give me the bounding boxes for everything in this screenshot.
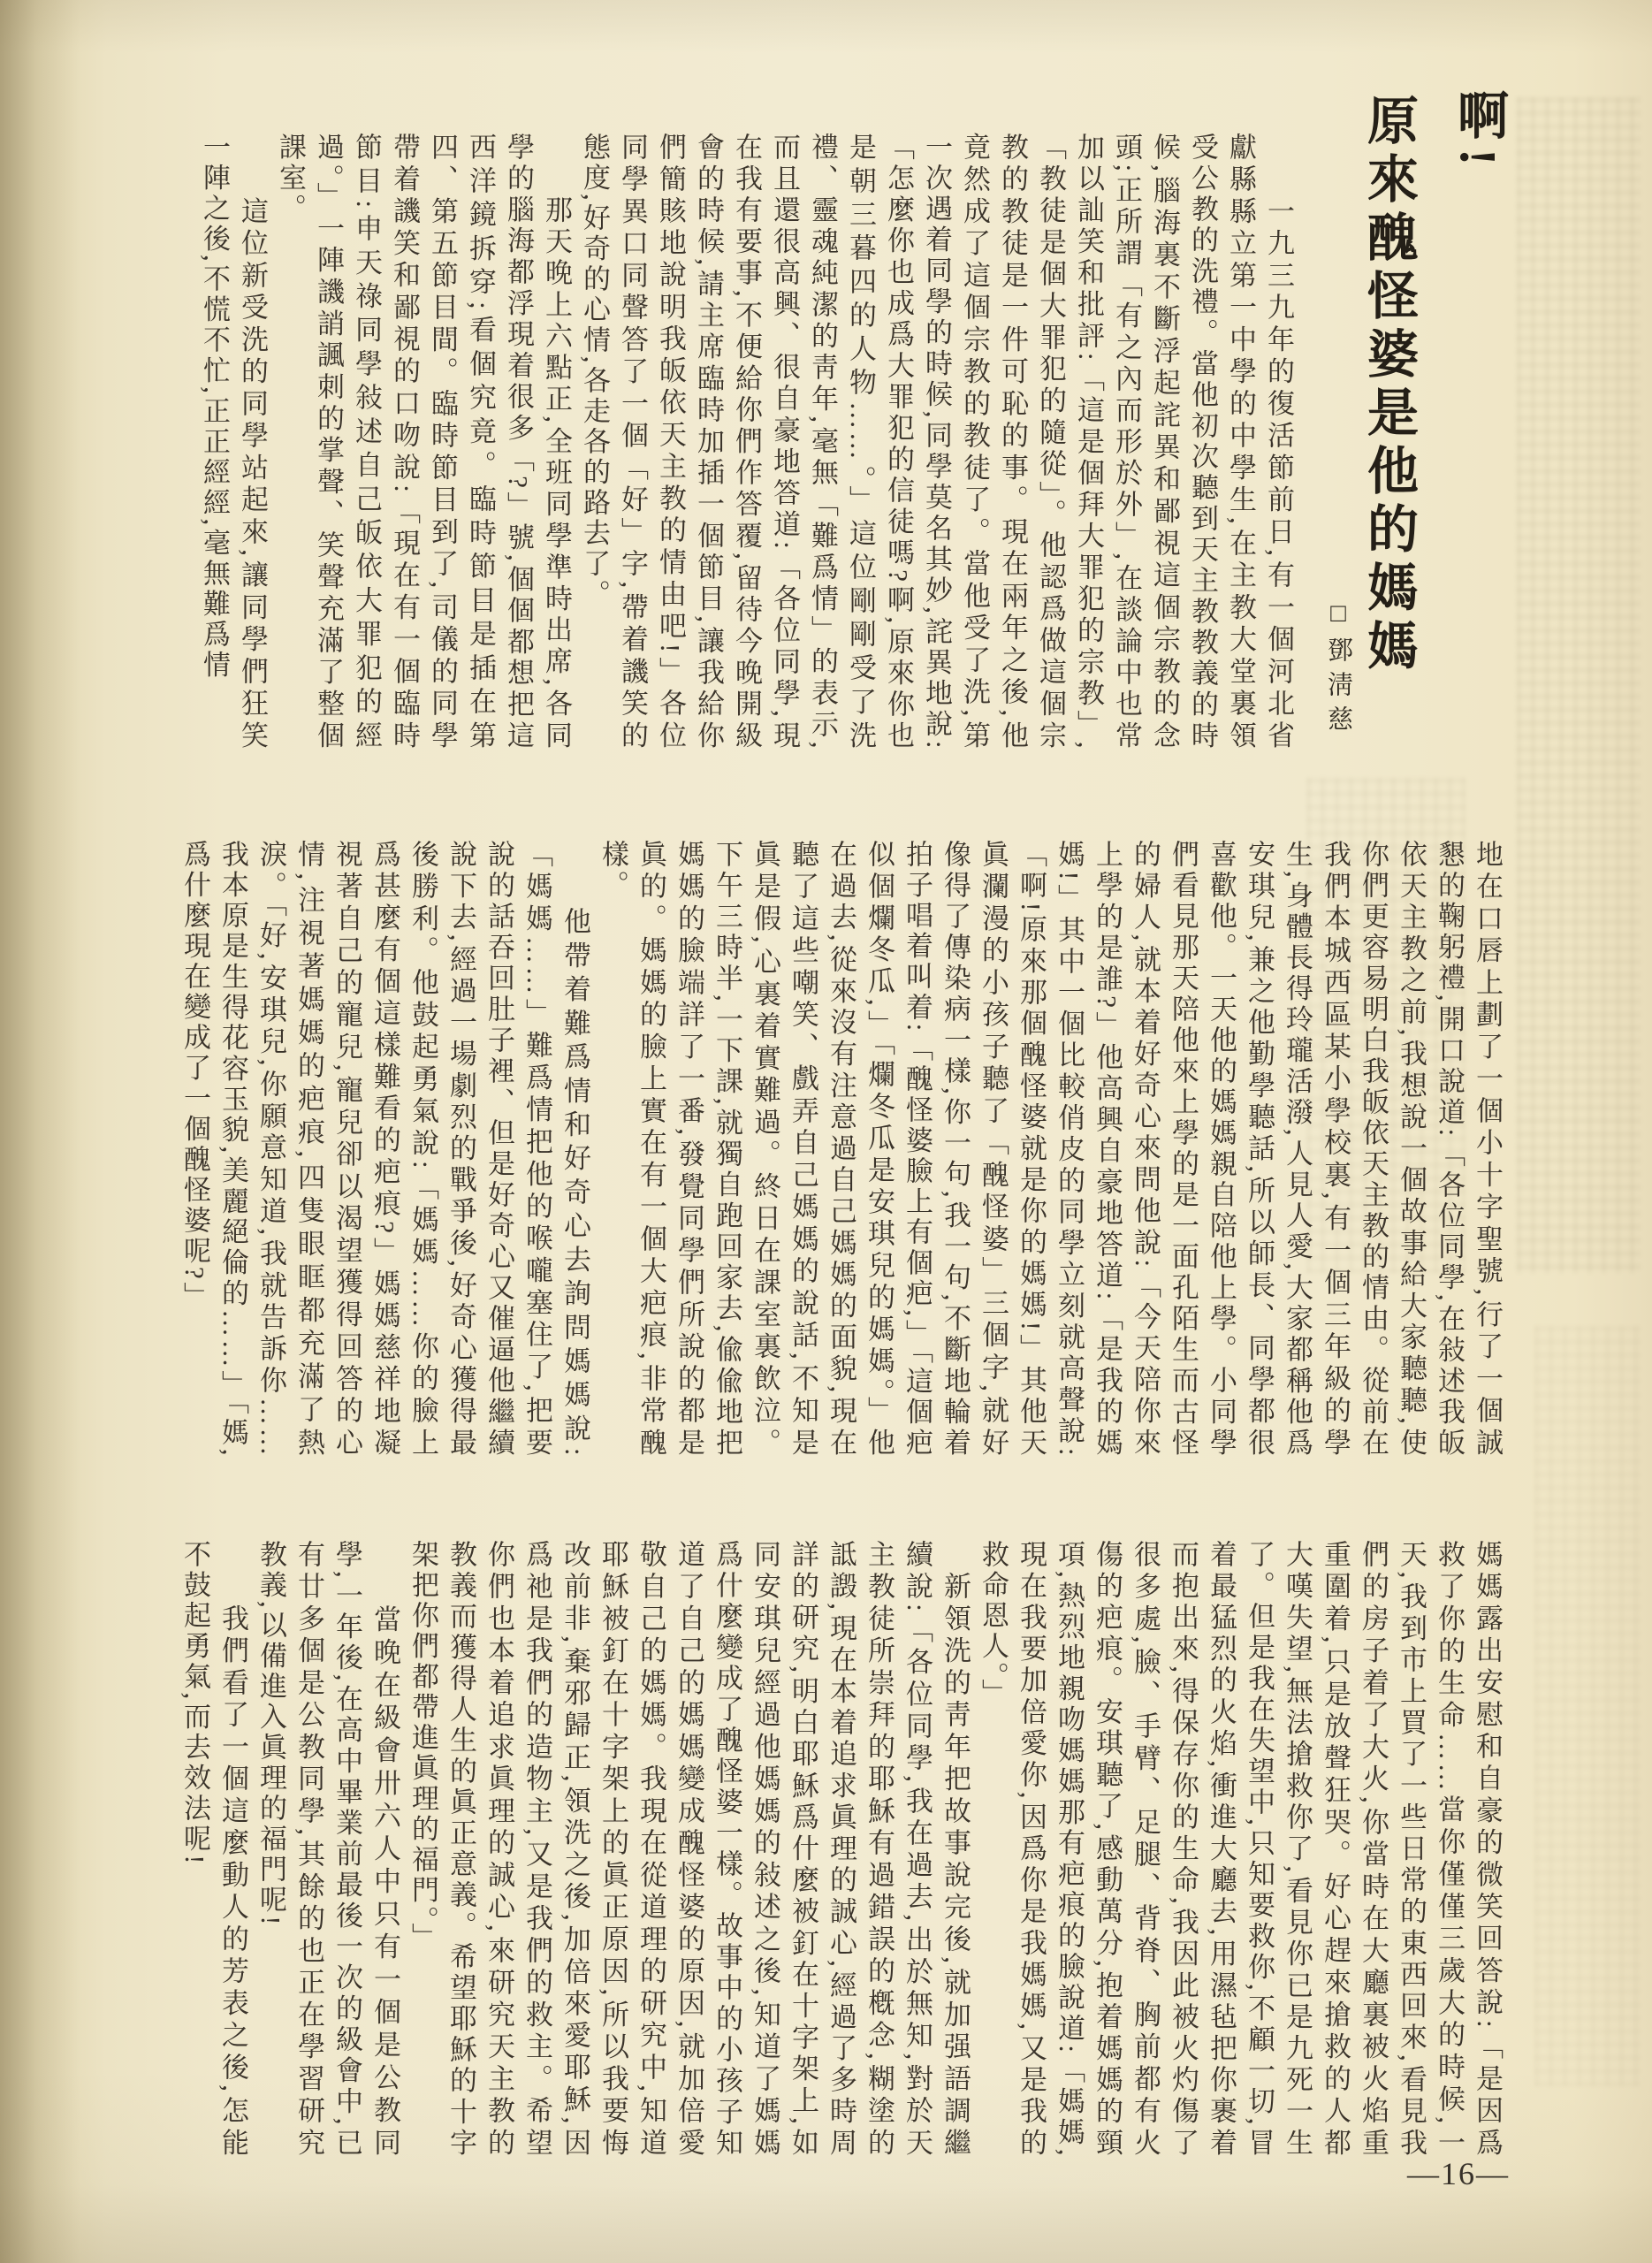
body-text-band-1: 一九三九年的復活節前日,有一個河北省獻縣縣立第一中學的中學生,在主教大堂裏領受公… <box>141 133 1298 751</box>
article-title-exclamation: 啊! <box>1441 88 1515 354</box>
ink-bleed-through <box>1517 97 1641 1273</box>
binding-shadow <box>0 0 80 2263</box>
page-number: —16— <box>1379 2155 1538 2192</box>
body-text-band-2: 地在口唇上劃了一個小十字聖號,行了一個誠懇的鞠躬禮,開口說道:「各位同學,在敍述… <box>141 840 1506 1459</box>
author-name: □鄧淸慈 <box>1321 599 1357 776</box>
magazine-page: 啊! 原來醜怪婆是他的媽媽 □鄧淸慈 一九三九年的復活節前日,有一個河北省獻縣縣… <box>0 0 1652 2263</box>
article-title: 原來醜怪婆是他的媽媽 <box>1351 94 1425 712</box>
body-text-band-3: 媽媽露出安慰和自豪的微笑回答說:「是因爲救了你的生命……當你僅僅三歲大的時候,一… <box>141 1540 1506 2159</box>
ink-bleed-through <box>1534 1326 1641 2086</box>
